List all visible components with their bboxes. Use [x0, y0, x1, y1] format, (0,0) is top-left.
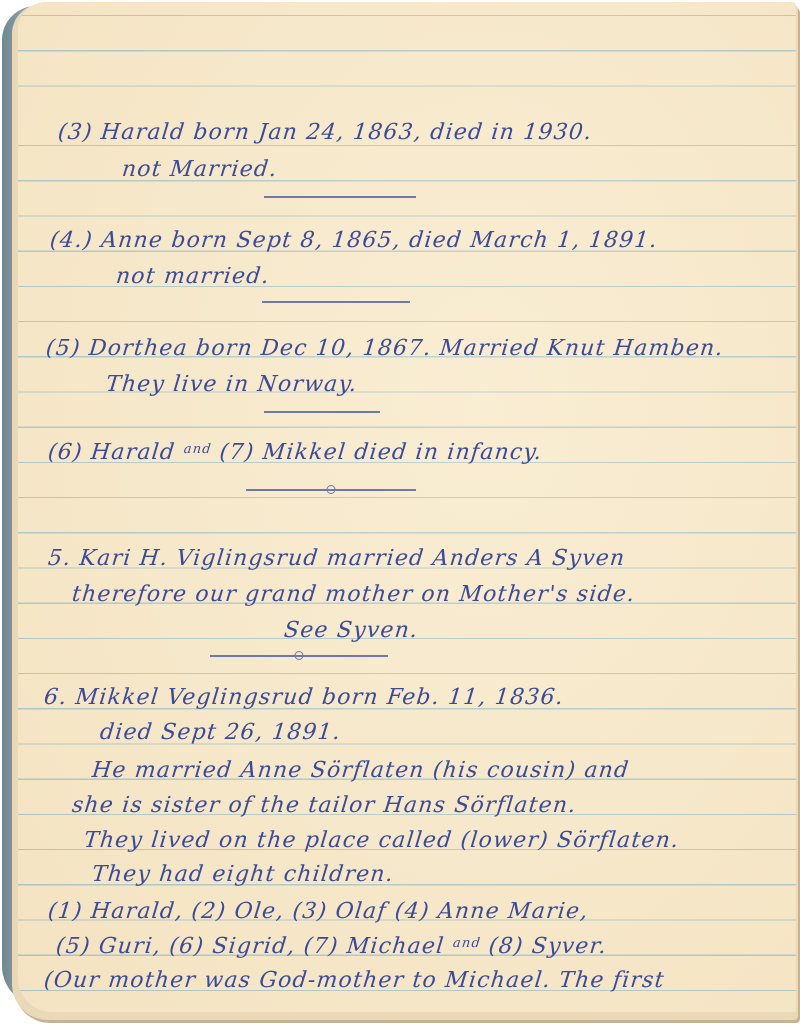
- section-6-line-1: 6. Mikkel Veglingsrud born Feb. 11, 1836…: [43, 685, 566, 710]
- entry-3-line-1: (3) Harald born Jan 24, 1863, died in 19…: [57, 120, 594, 145]
- separator-rule: [264, 411, 380, 413]
- divider-circle-icon: [327, 485, 336, 494]
- section-5-line-2: therefore our grand mother on Mother's s…: [71, 582, 637, 607]
- section-5-line-1: 5. Kari H. Viglingsrud married Anders A …: [47, 546, 627, 571]
- entry-4-line-2: not married.: [115, 264, 271, 289]
- separator-rule: [264, 196, 416, 198]
- notebook-page: (3) Harald born Jan 24, 1863, died in 19…: [18, 2, 796, 1012]
- children-and: and: [452, 936, 482, 951]
- section-6-line-3: He married Anne Sörflaten (his cousin) a…: [91, 758, 631, 783]
- separator-rule: [262, 301, 410, 303]
- entry-4-line-1: (4.) Anne born Sept 8, 1865, died March …: [49, 228, 659, 253]
- entry-7-text: (7) Mikkel died in infancy.: [218, 440, 543, 465]
- divider-circle-icon: [295, 651, 304, 660]
- entry-3-line-2: not Married.: [121, 157, 279, 182]
- section-6-line-godmother: (Our mother was God-mother to Michael. T…: [43, 968, 666, 993]
- section-5-line-3: See Syven.: [283, 618, 420, 643]
- entry-6-name: (6) Harald: [47, 440, 177, 465]
- entry-5-line-1: (5) Dorthea born Dec 10, 1867. Married K…: [45, 336, 725, 361]
- section-divider: [246, 489, 416, 491]
- children-8: (8) Syver.: [488, 934, 609, 959]
- entry-6-7-and: and: [183, 442, 213, 457]
- section-6-line-2: died Sept 26, 1891.: [99, 720, 343, 745]
- section-6-children-line-2: (5) Guri, (6) Sigrid, (7) Michael and (8…: [55, 934, 609, 959]
- entry-5-line-2: They live in Norway.: [105, 372, 359, 397]
- section-6-children-line-1: (1) Harald, (2) Ole, (3) Olaf (4) Anne M…: [47, 899, 590, 924]
- section-6-line-4: she is sister of the tailor Hans Sörflat…: [71, 793, 578, 818]
- section-divider: [210, 655, 388, 657]
- section-6-line-6: They had eight children.: [91, 862, 396, 887]
- children-5-7: (5) Guri, (6) Sigrid, (7) Michael: [55, 934, 446, 959]
- entry-6-7-line: (6) Harald and (7) Mikkel died in infanc…: [47, 440, 544, 465]
- section-6-line-5: They lived on the place called (lower) S…: [83, 828, 681, 853]
